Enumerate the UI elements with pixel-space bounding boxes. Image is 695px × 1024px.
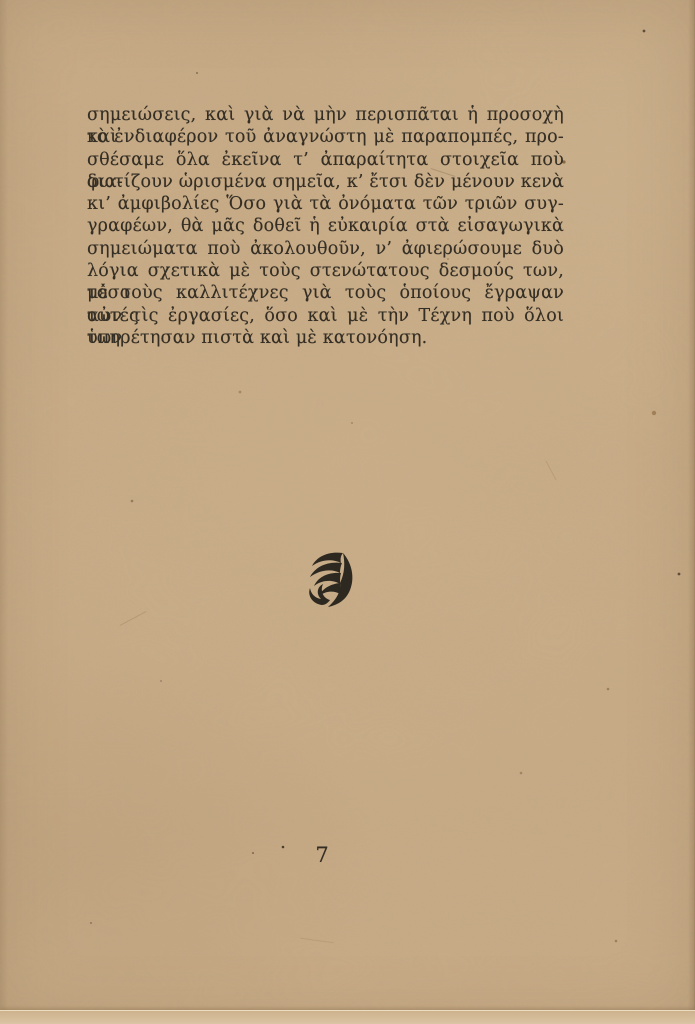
page-number: 7	[287, 843, 357, 867]
page-right-edge-shadow	[688, 0, 695, 1024]
text-line: λόγια σχετικὰ μὲ τοὺς στενώτατους δεσμού…	[87, 260, 564, 282]
body-text-paragraph: σημειώσεις, καὶ γιὰ νὰ μὴν περισπᾶται ἡ …	[87, 104, 564, 349]
text-line: τὸ ἐνδιαφέρον τοῦ ἀναγνώστη μὲ παραπομπέ…	[87, 126, 564, 148]
text-line: σθέσαμε ὅλα ἐκεῖνα τ’ ἀπαραίτητα στοιχεῖ…	[87, 149, 564, 171]
text-line: των τὶς ἐργασίες, ὅσο καὶ μὲ τὴν Τέχνη π…	[87, 305, 564, 327]
text-line: σημειώσεις, καὶ γιὰ νὰ μὴν περισπᾶται ἡ …	[87, 104, 564, 126]
page-left-edge-shadow	[0, 0, 8, 1024]
text-line: κι’ ἀμφιβολίες Ὅσο γιὰ τὰ ὀνόματα τῶν τρ…	[87, 193, 564, 215]
fleuron-ornament-icon	[302, 549, 362, 611]
text-line: ὑπηρέτησαν πιστὰ καὶ μὲ κατονόηση.	[87, 327, 564, 349]
page-bottom-edge	[0, 1010, 695, 1024]
text-line: μὲ τοὺς καλλιτέχνες γιὰ τοὺς ὁποίους ἔγρ…	[87, 282, 564, 304]
text-line: σημειώματα ποὺ ἀκολουθοῦν, ν’ ἀφιερώσουμ…	[87, 238, 564, 260]
text-line: φωτίζουν ὡρισμένα σημεῖα, κ’ ἔτσι δὲν μέ…	[87, 171, 564, 193]
book-page: σημειώσεις, καὶ γιὰ νὰ μὴν περισπᾶται ἡ …	[0, 0, 695, 1024]
text-line: γραφέων, θὰ μᾶς δοθεῖ ἡ εὐκαιρία στὰ εἰσ…	[87, 215, 564, 237]
